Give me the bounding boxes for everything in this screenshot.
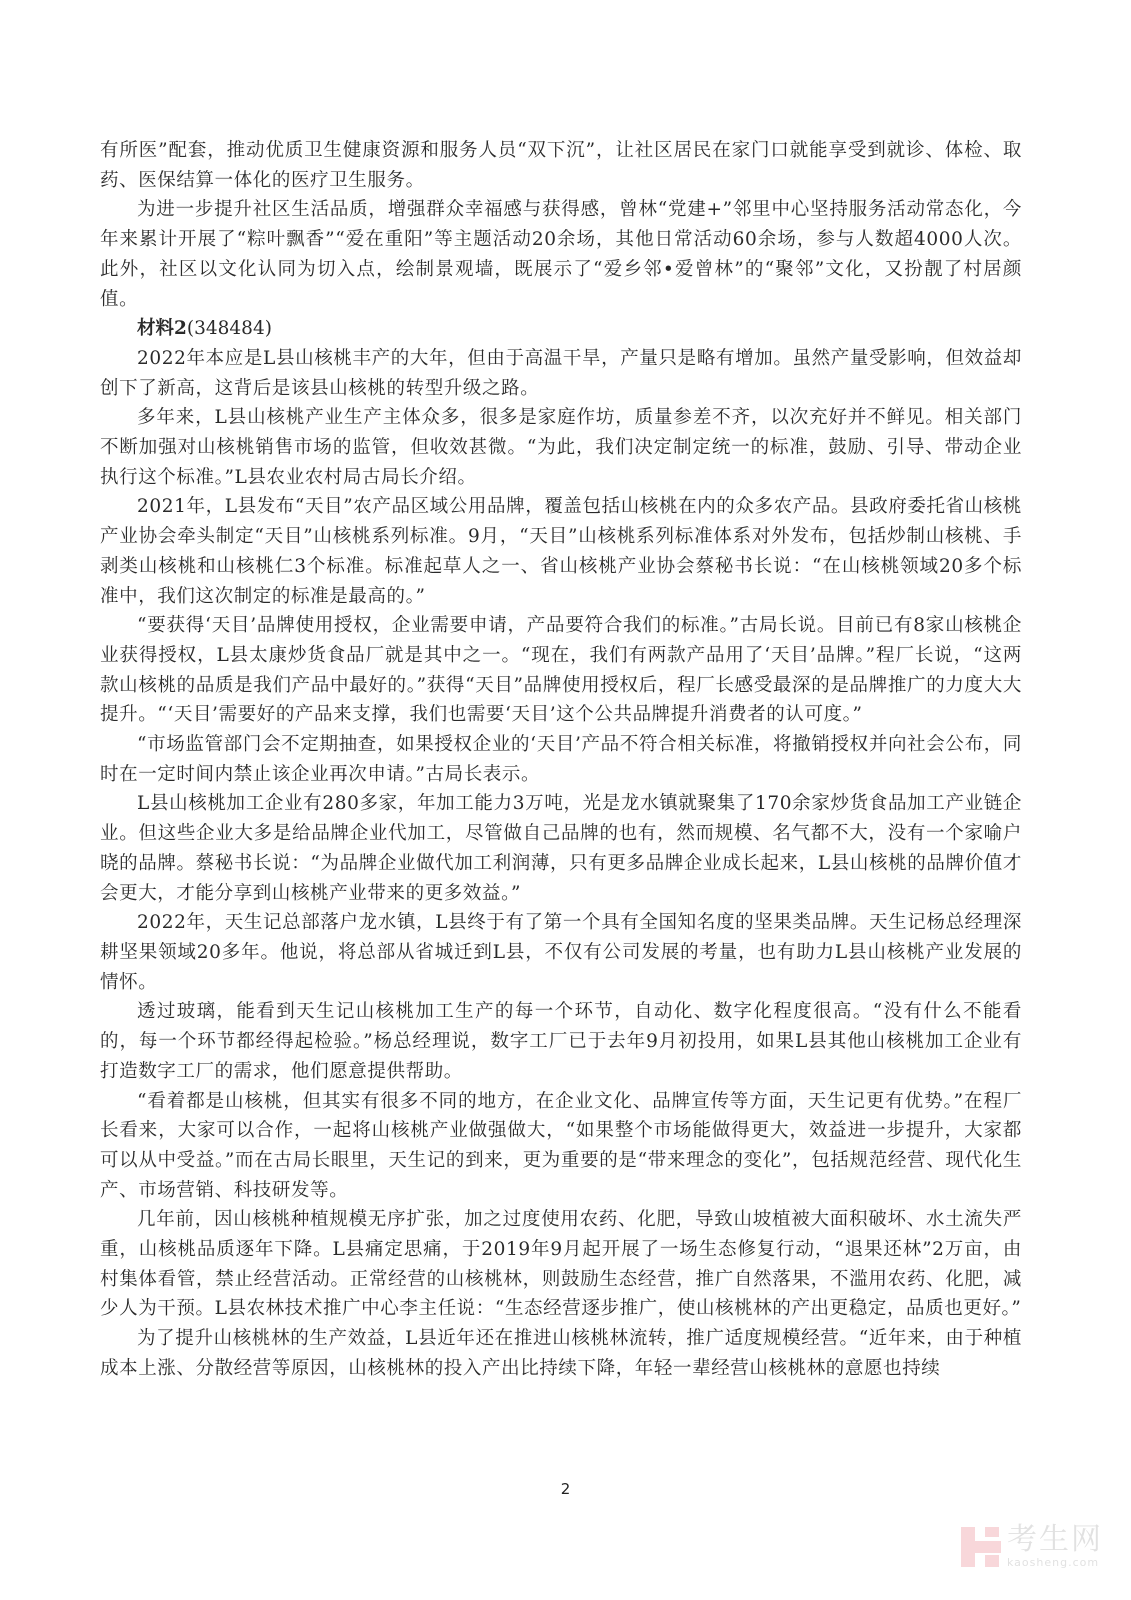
watermark-domain: kaosheng.com xyxy=(1007,1557,1103,1568)
paragraph: 2022年，天生记总部落户龙水镇，L县终于有了第一个具有全国知名度的坚果类品牌。… xyxy=(100,908,1022,997)
paragraph: 为了提升山核桃林的生产效益，L县近年还在推进山核桃林流转，推广适度规模经营。“近… xyxy=(100,1324,1022,1383)
section-heading-label: 材料2 xyxy=(137,318,187,339)
paragraph: “看着都是山核桃，但其实有很多不同的地方，在企业文化、品牌宣传等方面，天生记更有… xyxy=(100,1087,1022,1206)
paragraph: “要获得‘天目’品牌使用授权，企业需要申请，产品要符合我们的标准。”古局长说。目… xyxy=(100,611,1022,730)
kaosheng-logo-icon xyxy=(961,1527,1001,1567)
paragraph: L县山核桃加工企业有280多家，年加工能力3万吨，光是龙水镇就聚集了170余家炒… xyxy=(100,789,1022,908)
section-heading: 材料2(348484) xyxy=(100,314,1022,344)
paragraph: 透过玻璃，能看到天生记山核桃加工生产的每一个环节，自动化、数字化程度很高。“没有… xyxy=(100,997,1022,1086)
paragraph: 多年来，L县山核桃产业生产主体众多，很多是家庭作坊，质量参差不齐，以次充好并不鲜… xyxy=(100,403,1022,492)
watermark: 考生网 kaosheng.com xyxy=(961,1525,1103,1568)
paragraph: “市场监管部门会不定期抽查，如果授权企业的‘天目’产品不符合相关标准，将撤销授权… xyxy=(100,730,1022,789)
watermark-text: 考生网 kaosheng.com xyxy=(1007,1525,1103,1568)
paragraph: 几年前，因山核桃种植规模无序扩张，加之过度使用农药、化肥，导致山坡植被大面积破坏… xyxy=(100,1205,1022,1324)
paragraph: 有所医”配套，推动优质卫生健康资源和服务人员“双下沉”，让社区居民在家门口就能享… xyxy=(100,136,1022,195)
paragraph: 为进一步提升社区生活品质，增强群众幸福感与获得感，曾林“党建+”邻里中心坚持服务… xyxy=(100,195,1022,314)
watermark-name: 考生网 xyxy=(1007,1525,1103,1555)
page-number: 2 xyxy=(0,1480,1131,1498)
paragraph: 2022年本应是L县山核桃丰产的大年，但由于高温干旱，产量只是略有增加。虽然产量… xyxy=(100,344,1022,403)
document-page: 有所医”配套，推动优质卫生健康资源和服务人员“双下沉”，让社区居民在家门口就能享… xyxy=(100,136,1022,1384)
section-heading-code: (348484) xyxy=(187,318,272,339)
paragraph: 2021年，L县发布“天目”农产品区域公用品牌，覆盖包括山核桃在内的众多农产品。… xyxy=(100,492,1022,611)
